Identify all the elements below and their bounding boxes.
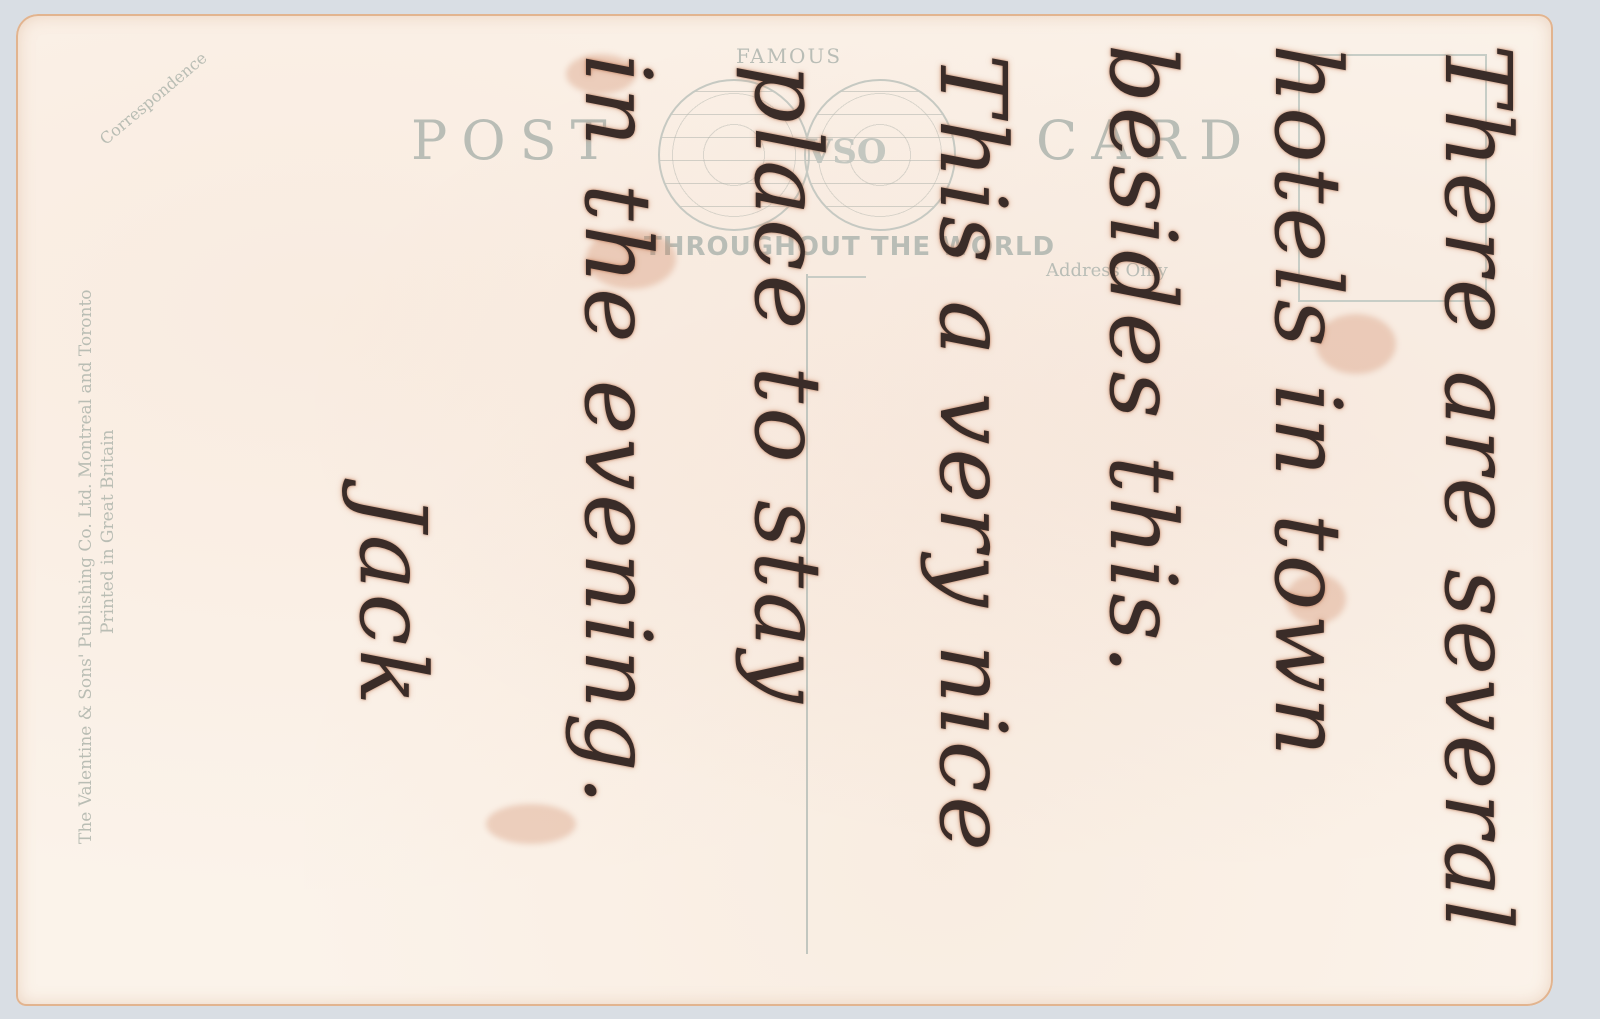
handwritten-line-3: besides this. <box>1089 44 1196 678</box>
handwritten-line-1: There are several <box>1424 44 1531 934</box>
handwritten-signature: Jack <box>339 494 446 709</box>
printed-in-line: Printed in Great Britain <box>98 430 118 634</box>
handwritten-line-2: hotels in town <box>1254 44 1361 760</box>
ink-stain <box>486 804 576 844</box>
publisher-line: The Valentine & Sons' Publishing Co. Ltd… <box>76 289 96 844</box>
printed-correspondence-label: Correspondence <box>96 48 210 148</box>
handwritten-line-6: in the evening. <box>564 54 671 809</box>
handwritten-line-4: This a very nice <box>919 54 1026 855</box>
postcard-back: FAMOUS POST VSO CARD THROUGHOUT THE WORL… <box>16 14 1553 1006</box>
handwritten-line-5: place to stay <box>734 64 841 707</box>
